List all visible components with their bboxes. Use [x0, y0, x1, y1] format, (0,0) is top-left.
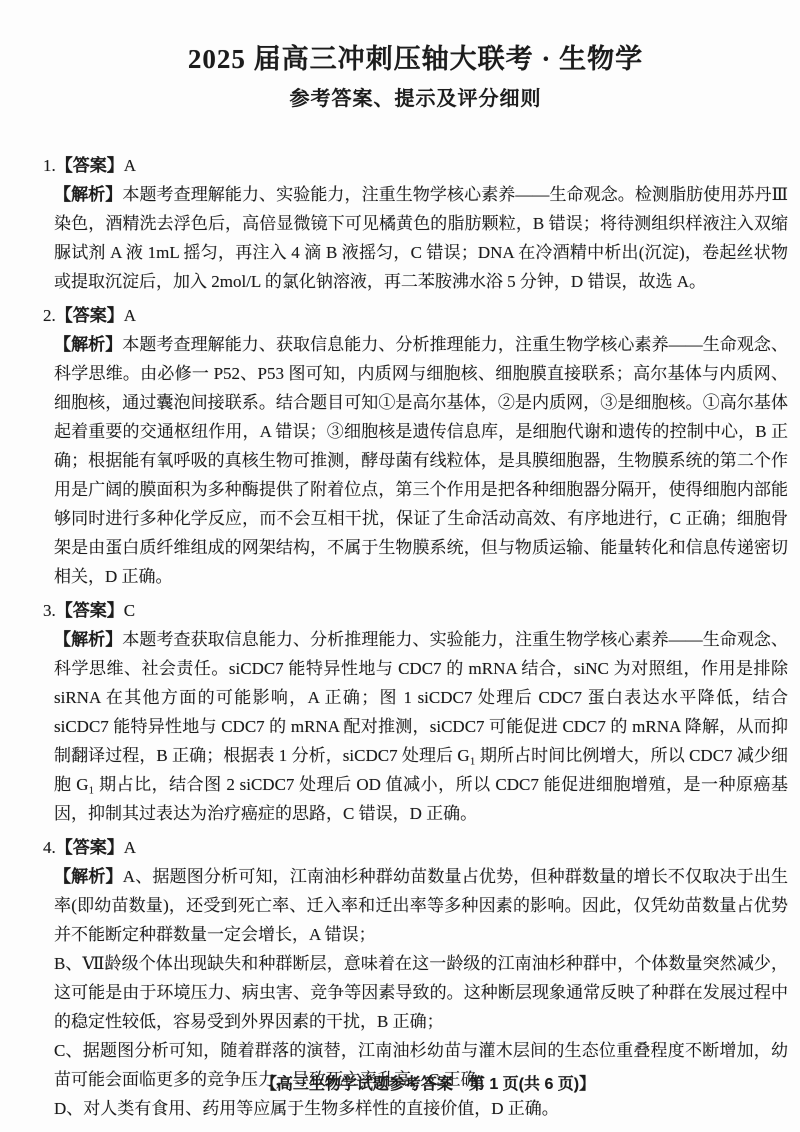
answer-label: 【答案】	[56, 306, 124, 325]
analysis-q1: 【解析】本题考查理解能力、实验能力，注重生物学核心素养——生命观念。检测脂肪使用…	[54, 180, 788, 296]
analysis-text: A、据题图分析可知，江南油杉种群幼苗数量占优势，但种群数量的增长不仅取决于出生率…	[54, 867, 788, 944]
question-3: 3.【答案】C 【解析】本题考查获取信息能力、分析推理能力、实验能力，注重生物学…	[43, 596, 788, 828]
page-title: 2025 届高三冲刺压轴大联考 · 生物学	[43, 44, 788, 74]
page-subtitle: 参考答案、提示及评分细则	[43, 87, 788, 111]
answer-line-q1: 1.【答案】A	[43, 151, 788, 180]
answer-value: A	[124, 838, 136, 857]
analysis-q2: 【解析】本题考查理解能力、获取信息能力、分析推理能力，注重生物学核心素养——生命…	[54, 330, 788, 591]
analysis-text: 本题考查获取信息能力、分析推理能力、实验能力，注重生物学核心素养——生命观念、科…	[54, 630, 788, 823]
analysis-paragraph: 【解析】本题考查理解能力、实验能力，注重生物学核心素养——生命观念。检测脂肪使用…	[54, 180, 788, 296]
analysis-label: 【解析】	[54, 185, 122, 204]
question-number: 1.	[43, 156, 56, 175]
answer-label: 【答案】	[56, 838, 124, 857]
answer-value: A	[124, 306, 136, 325]
answers-section: 1.【答案】A 【解析】本题考查理解能力、实验能力，注重生物学核心素养——生命观…	[43, 151, 788, 1123]
analysis-text: 本题考查理解能力、获取信息能力、分析推理能力，注重生物学核心素养——生命观念、科…	[54, 335, 788, 586]
answer-label: 【答案】	[56, 601, 124, 620]
analysis-paragraph: 【解析】本题考查理解能力、获取信息能力、分析推理能力，注重生物学核心素养——生命…	[54, 330, 788, 591]
analysis-paragraph: 【解析】本题考查获取信息能力、分析推理能力、实验能力，注重生物学核心素养——生命…	[54, 625, 788, 828]
question-2: 2.【答案】A 【解析】本题考查理解能力、获取信息能力、分析推理能力，注重生物学…	[43, 301, 788, 591]
answer-line-q4: 4.【答案】A	[43, 833, 788, 862]
answer-value: A	[124, 156, 136, 175]
analysis-label: 【解析】	[54, 867, 123, 886]
question-number: 4.	[43, 838, 56, 857]
page-footer: 【高三生物学试题参考答案 第 1 页(共 6 页)】	[261, 1074, 595, 1096]
analysis-paragraph: 【解析】A、据题图分析可知，江南油杉种群幼苗数量占优势，但种群数量的增长不仅取决…	[54, 862, 788, 949]
answer-value: C	[124, 601, 135, 620]
answer-line-q2: 2.【答案】A	[43, 301, 788, 330]
question-number: 2.	[43, 306, 56, 325]
analysis-text: 本题考查理解能力、实验能力，注重生物学核心素养——生命观念。检测脂肪使用苏丹Ⅲ染…	[54, 185, 788, 291]
question-number: 3.	[43, 601, 56, 620]
answer-line-q3: 3.【答案】C	[43, 596, 788, 625]
analysis-text: B、Ⅶ龄级个体出现缺失和种群断层，意味着在这一龄级的江南油杉种群中，个体数量突然…	[54, 954, 788, 1031]
page-header: 2025 届高三冲刺压轴大联考 · 生物学 参考答案、提示及评分细则	[43, 44, 788, 111]
analysis-label: 【解析】	[54, 335, 122, 354]
analysis-text: D、对人类有食用、药用等应属于生物多样性的直接价值，D 正确。	[54, 1099, 559, 1118]
analysis-q3: 【解析】本题考查获取信息能力、分析推理能力、实验能力，注重生物学核心素养——生命…	[54, 625, 788, 828]
analysis-label: 【解析】	[54, 630, 122, 649]
analysis-paragraph: B、Ⅶ龄级个体出现缺失和种群断层，意味着在这一龄级的江南油杉种群中，个体数量突然…	[54, 949, 788, 1036]
question-1: 1.【答案】A 【解析】本题考查理解能力、实验能力，注重生物学核心素养——生命观…	[43, 151, 788, 296]
exam-answer-page: 2025 届高三冲刺压轴大联考 · 生物学 参考答案、提示及评分细则 1.【答案…	[0, 0, 800, 1132]
analysis-paragraph: D、对人类有食用、药用等应属于生物多样性的直接价值，D 正确。	[54, 1094, 788, 1123]
answer-label: 【答案】	[56, 156, 124, 175]
